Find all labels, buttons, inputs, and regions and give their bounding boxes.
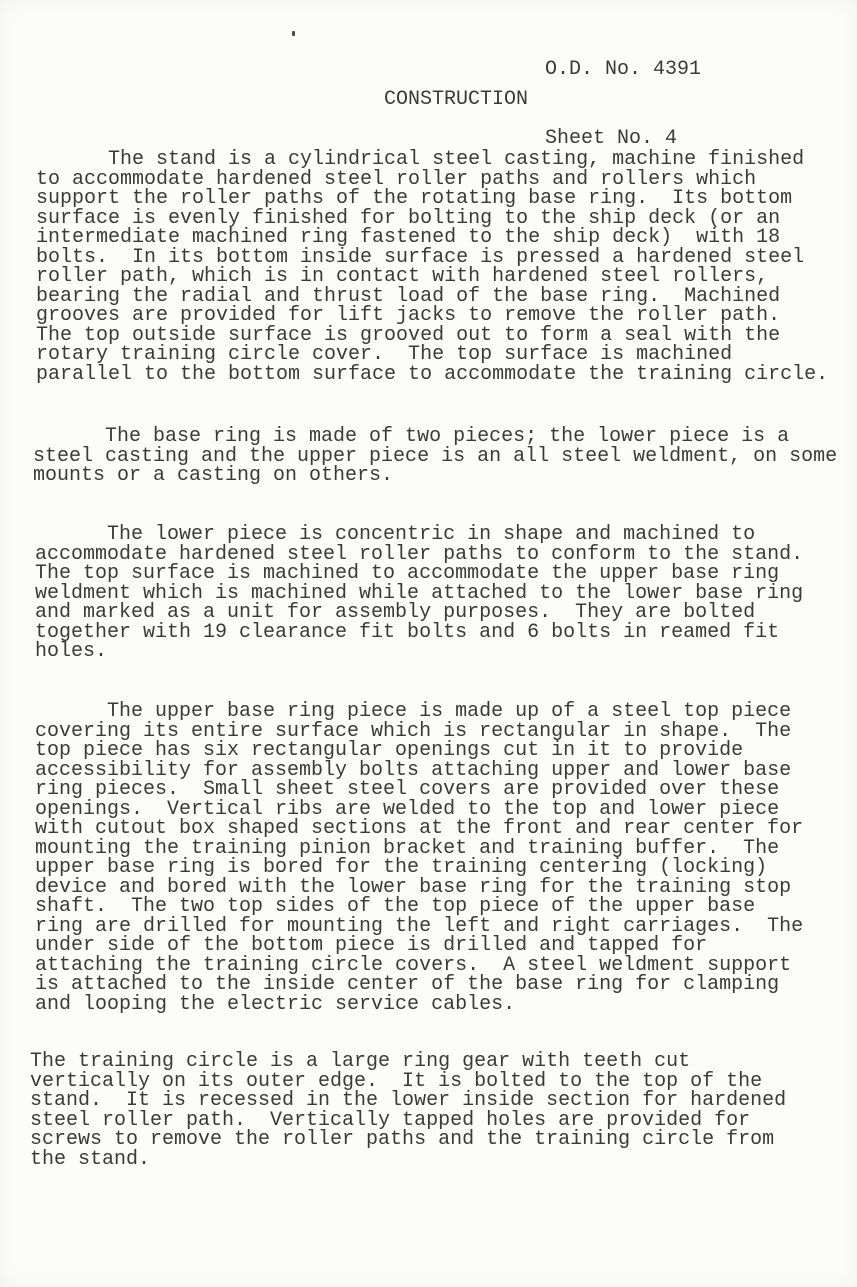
- section-title: CONSTRUCTION: [384, 90, 528, 110]
- paragraph-lower-piece: The lower piece is concentric in shape a…: [35, 525, 803, 662]
- scanned-document-page: O.D. No. 4391 Sheet No. 4 CONSTRUCTION T…: [0, 0, 857, 1287]
- od-number: O.D. No. 4391: [545, 58, 701, 81]
- paragraph-training-circle: The training circle is a large ring gear…: [30, 1052, 786, 1169]
- paragraph-base-ring-pieces: The base ring is made of two pieces; the…: [33, 427, 837, 486]
- paragraph-upper-base-ring-piece: The upper base ring piece is made up of …: [35, 702, 803, 1014]
- paragraph-stand-description: The stand is a cylindrical steel casting…: [36, 150, 828, 384]
- scan-speck: [292, 31, 295, 36]
- sheet-number: Sheet No. 4: [545, 127, 701, 150]
